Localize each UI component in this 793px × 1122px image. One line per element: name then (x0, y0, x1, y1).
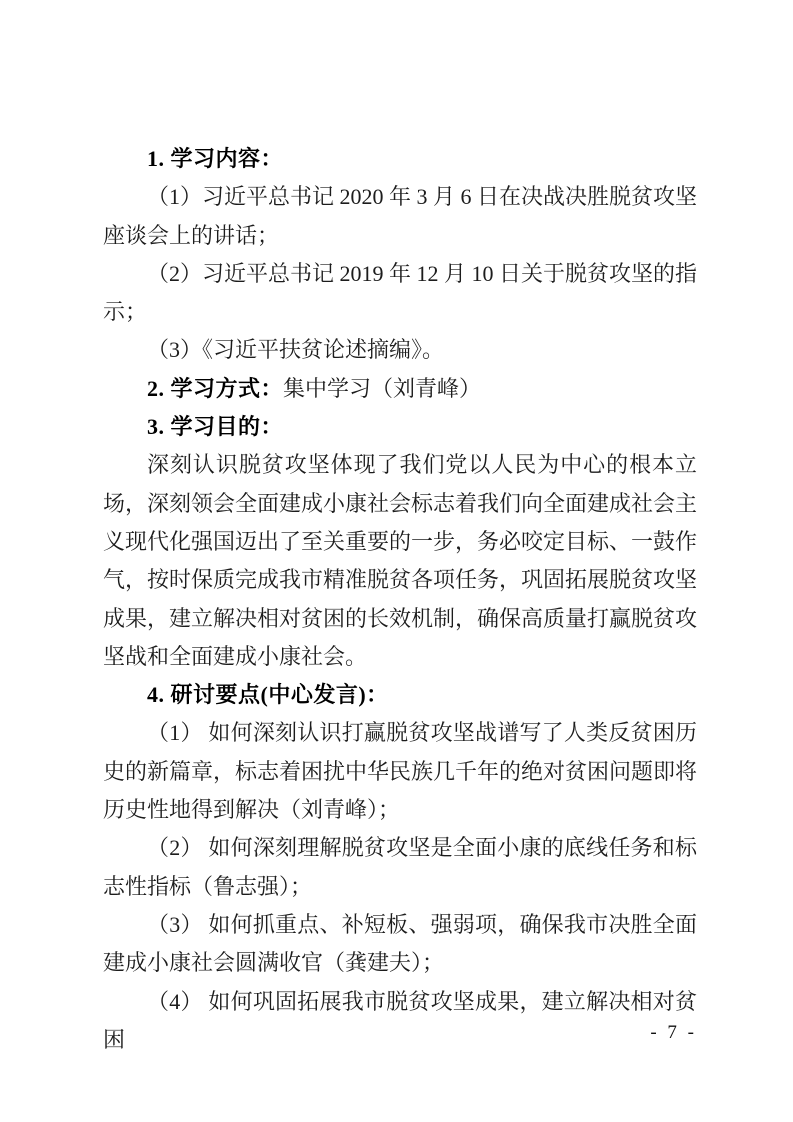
section4-heading: 4. 研讨要点(中心发言)： (103, 676, 697, 714)
page-number: - 7 - (650, 1022, 697, 1044)
section1-item-2: （2）习近平总书记 2019 年 12 月 10 日关于脱贫攻坚的指示； (103, 255, 697, 332)
section4-item-1: （1） 如何深刻认识打赢脱贫攻坚战谱写了人类反贫困历史的新篇章，标志着困扰中华民… (103, 714, 697, 829)
section4-item-2: （2） 如何深刻理解脱贫攻坚是全面小康的底线任务和标志性指标（鲁志强）； (103, 829, 697, 906)
section1-item-1: （1）习近平总书记 2020 年 3 月 6 日在决战决胜脱贫攻坚座谈会上的讲话… (103, 178, 697, 255)
section3-heading: 3. 学习目的： (103, 408, 697, 446)
document-page: 1. 学习内容： （1）习近平总书记 2020 年 3 月 6 日在决战决胜脱贫… (0, 0, 793, 1122)
section1-item-3: （3）《习近平扶贫论述摘编》。 (103, 331, 697, 369)
section2-heading: 2. 学习方式： (147, 376, 283, 401)
section4-item-4: （4） 如何巩固拓展我市脱贫攻坚成果，建立解决相对贫困 (103, 983, 697, 1060)
section4-item-3: （3） 如何抓重点、补短板、强弱项，确保我市决胜全面建成小康社会圆满收官（龚建夫… (103, 906, 697, 983)
section2-value: 集中学习（刘青峰） (283, 376, 481, 401)
section1-heading: 1. 学习内容： (103, 140, 697, 178)
document-body: 1. 学习内容： （1）习近平总书记 2020 年 3 月 6 日在决战决胜脱贫… (103, 140, 697, 1059)
section2-line: 2. 学习方式：集中学习（刘青峰） (103, 370, 697, 408)
section3-body: 深刻认识脱贫攻坚体现了我们党以人民为中心的根本立场，深刻领会全面建成小康社会标志… (103, 446, 697, 676)
